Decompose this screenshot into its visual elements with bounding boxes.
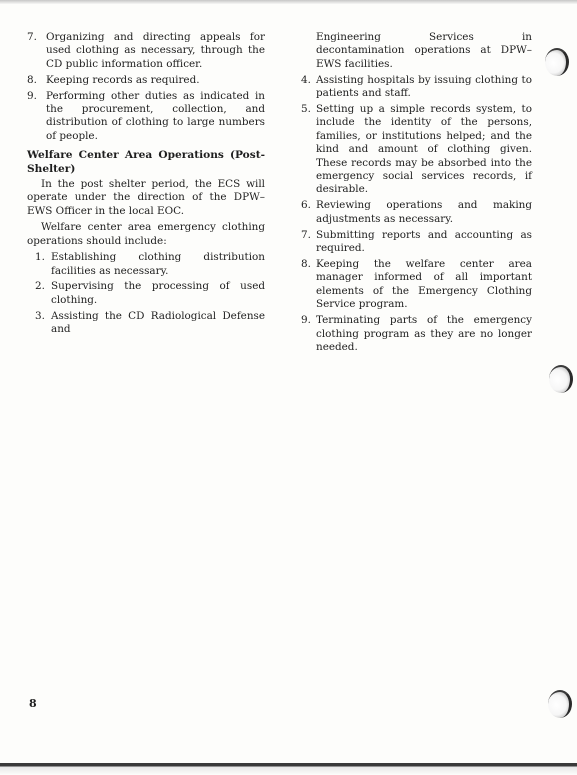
list-item: 6. Reviewing operations and making adjus… [302, 199, 532, 226]
binder-hole-icon [545, 48, 569, 76]
list-item: 5. Setting up a simple records system, t… [302, 103, 532, 197]
right-column: Engineering Services in decontamination … [302, 31, 532, 357]
item-text: Keeping records as required. [46, 74, 200, 86]
left-column: 7. Organizing and directing appeals for … [27, 31, 265, 339]
list-item: 1. Establishing clothing distribution fa… [27, 251, 265, 278]
item-text: Assisting the CD Radiological Defense an… [51, 310, 265, 335]
item-number: 6. [301, 199, 313, 212]
item-number: 1. [35, 251, 47, 264]
item-number: 7. [301, 229, 313, 242]
item-number: 3. [35, 310, 47, 323]
item-number: 5. [301, 103, 313, 116]
list-item: 9. Terminating parts of the emergency cl… [302, 314, 532, 354]
item-text: Establishing clothing distribution facil… [51, 251, 265, 276]
list-item: 9. Performing other duties as indicated … [27, 90, 265, 144]
item-number: 8. [27, 74, 39, 87]
scan-top-edge [0, 0, 577, 4]
item-text: Keeping the welfare center area manager … [316, 258, 532, 310]
item-text: Performing other duties as indicated in … [46, 90, 265, 142]
list-item: 7. Organizing and directing appeals for … [27, 31, 265, 71]
binder-hole-icon [548, 690, 572, 718]
paragraph: Welfare center area emergency clothing o… [27, 221, 265, 248]
item-text: Assisting hospitals by issuing clothing … [316, 74, 532, 99]
item-number: 4. [301, 74, 313, 87]
paragraph: In the post shelter period, the ECS will… [27, 178, 265, 218]
list-item: 8. Keeping records as required. [27, 74, 265, 87]
item-number: 7. [27, 31, 39, 44]
section-heading: Welfare Center Area Operations (Post-She… [27, 149, 265, 176]
binder-hole-icon [549, 365, 573, 393]
list-item: 7. Submitting reports and accounting as … [302, 229, 532, 256]
list-item: 2. Supervising the processing of used cl… [27, 280, 265, 307]
item-text: Setting up a simple records system, to i… [316, 103, 532, 195]
item-text: Terminating parts of the emergency cloth… [316, 314, 532, 353]
item-text: Submitting reports and accounting as req… [316, 229, 532, 254]
page-number: 8 [29, 697, 37, 710]
continued-text: Engineering Services in decontamination … [302, 31, 532, 71]
list-item: 8. Keeping the welfare center area manag… [302, 258, 532, 312]
item-text: Supervising the processing of used cloth… [51, 280, 265, 305]
item-number: 8. [301, 258, 313, 271]
item-text: Organizing and directing appeals for use… [46, 31, 265, 70]
scan-bottom-edge [0, 763, 577, 775]
item-number: 9. [301, 314, 313, 327]
list-item: 4. Assisting hospitals by issuing clothi… [302, 74, 532, 101]
item-number: 9. [27, 90, 39, 103]
item-text: Reviewing operations and making adjustme… [316, 199, 532, 224]
list-item: 3. Assisting the CD Radiological Defense… [27, 310, 265, 337]
item-number: 2. [35, 280, 47, 293]
